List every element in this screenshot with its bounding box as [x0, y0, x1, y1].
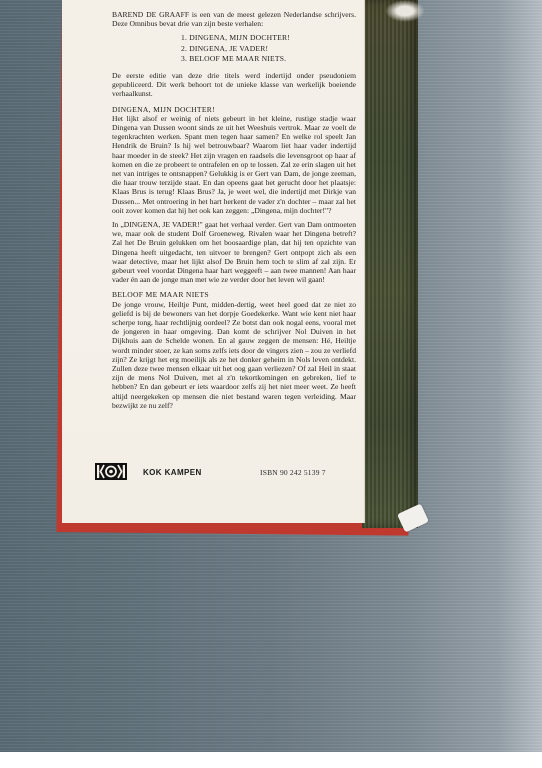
- intro-paragraph: BAREND DE GRAAFF is een van de meest gel…: [112, 10, 356, 28]
- story-title: 2. DINGENA, JE VADER!: [181, 44, 356, 55]
- back-cover: BAREND DE GRAAFF is een van de meest gel…: [62, 0, 364, 523]
- spine-tear: [385, 0, 425, 22]
- blurb-text: BAREND DE GRAAFF is een van de meest gel…: [112, 10, 356, 415]
- story-title: 1. DINGENA, MIJN DOCHTER!: [181, 33, 356, 44]
- section-title: BELOOF ME MAAR NIETS: [112, 290, 356, 299]
- page-margin-strip: [0, 752, 542, 768]
- section-body: Het lijkt alsof er weinig of niets gebeu…: [112, 114, 356, 215]
- kok-kampen-logo-icon: [95, 463, 127, 480]
- section-body: De jonge vrouw, Heiltje Punt, midden-der…: [112, 300, 356, 410]
- section-title: DINGENA, MIJN DOCHTER!: [112, 105, 356, 114]
- edition-note: De eerste editie van deze drie titels we…: [112, 71, 356, 99]
- publisher-row: KOK KAMPEN ISBN 90 242 5139 7: [95, 463, 365, 483]
- story-title: 3. BELOOF ME MAAR NIETS.: [181, 54, 356, 65]
- publisher-name: KOK KAMPEN: [143, 468, 202, 477]
- section-body: In „DINGENA, JE VADER!" gaat het verhaal…: [112, 220, 356, 284]
- isbn-number: ISBN 90 242 5139 7: [260, 468, 326, 477]
- book-spine: [362, 0, 418, 528]
- story-titles-list: 1. DINGENA, MIJN DOCHTER! 2. DINGENA, JE…: [181, 33, 356, 65]
